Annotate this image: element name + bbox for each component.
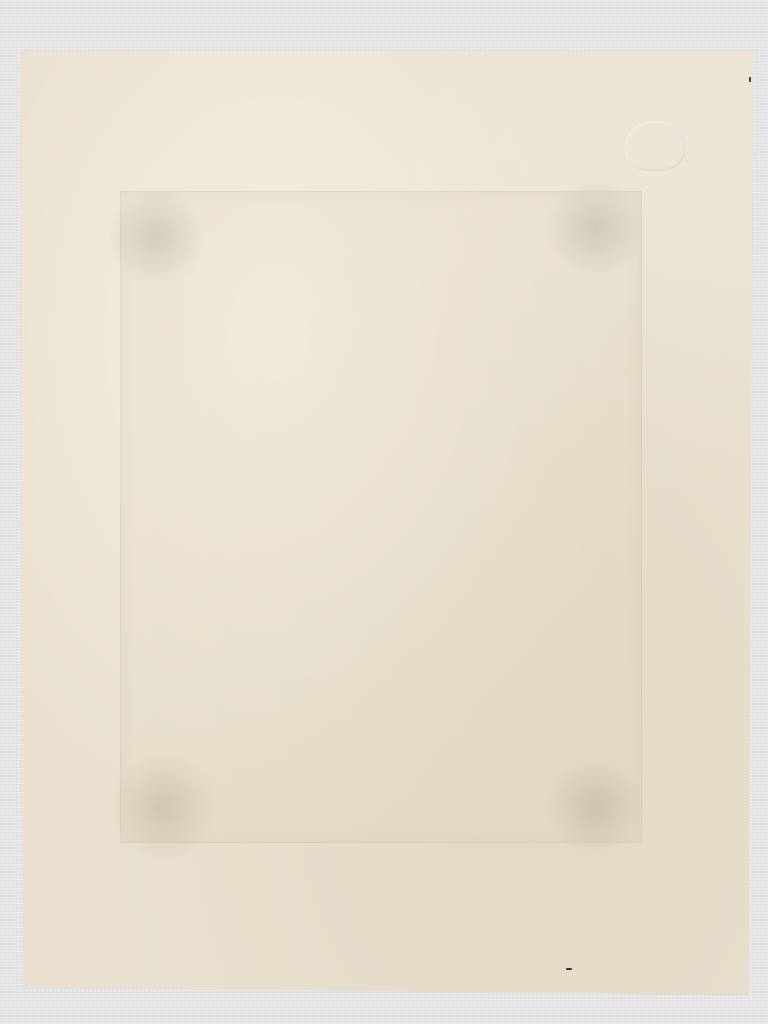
show-through-mark-bottom-left xyxy=(109,752,219,862)
show-through-mark-top-left xyxy=(111,182,201,292)
fabric-backdrop: Back of an antique print on cream paper,… xyxy=(0,0,768,1024)
show-through-mark-bottom-right xyxy=(541,762,651,852)
show-through-mark-top-right xyxy=(541,182,651,272)
scene-description: Back of an antique print on cream paper,… xyxy=(0,0,1,1)
plate-mark xyxy=(120,191,642,843)
speck-top-right xyxy=(749,77,751,82)
paper-sheet xyxy=(20,51,753,995)
speck-bottom xyxy=(566,968,572,970)
blind-stamp-icon xyxy=(625,121,685,171)
